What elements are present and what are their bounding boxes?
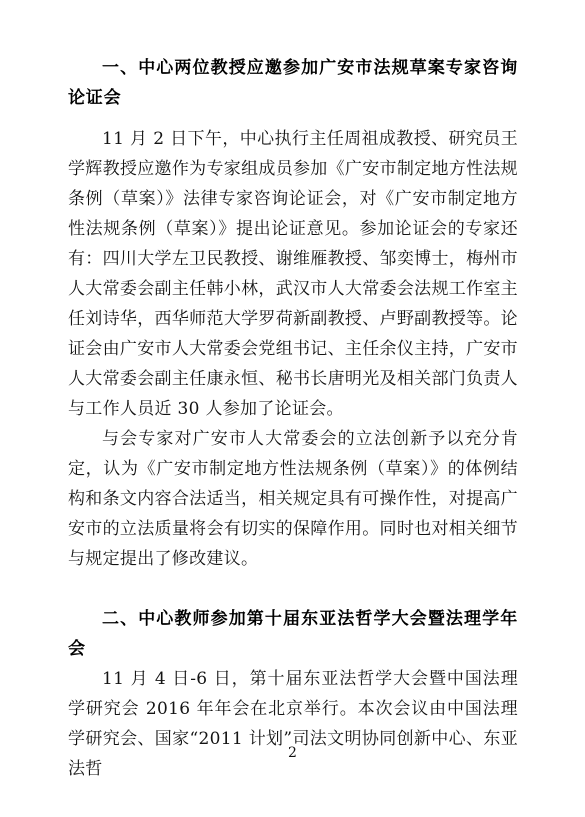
document-page: 一、中心两位教授应邀参加广安市法规草案专家咨询论证会 11 月 2 日下午，中心… [0, 0, 585, 817]
section-2-heading: 二、中心教师参加第十届东亚法哲学大会暨法理学年会 [68, 604, 518, 664]
section-2-paragraph-1: 11 月 4 日-6 日，第十届东亚法哲学大会暨中国法理学研究会 2016 年年… [68, 664, 518, 784]
text-block: 一、中心两位教授应邀参加广安市法规草案专家咨询论证会 11 月 2 日下午，中心… [68, 53, 518, 784]
page-number: 2 [0, 745, 585, 761]
section-1-paragraph-1: 11 月 2 日下午，中心执行主任周祖成教授、研究员王学辉教授应邀作为专家组成员… [68, 124, 518, 424]
section-1-heading: 一、中心两位教授应邀参加广安市法规草案专家咨询论证会 [68, 53, 518, 113]
section-1-paragraph-2: 与会专家对广安市人大常委会的立法创新予以充分肯定，认为《广安市制定地方性法规条例… [68, 424, 518, 574]
